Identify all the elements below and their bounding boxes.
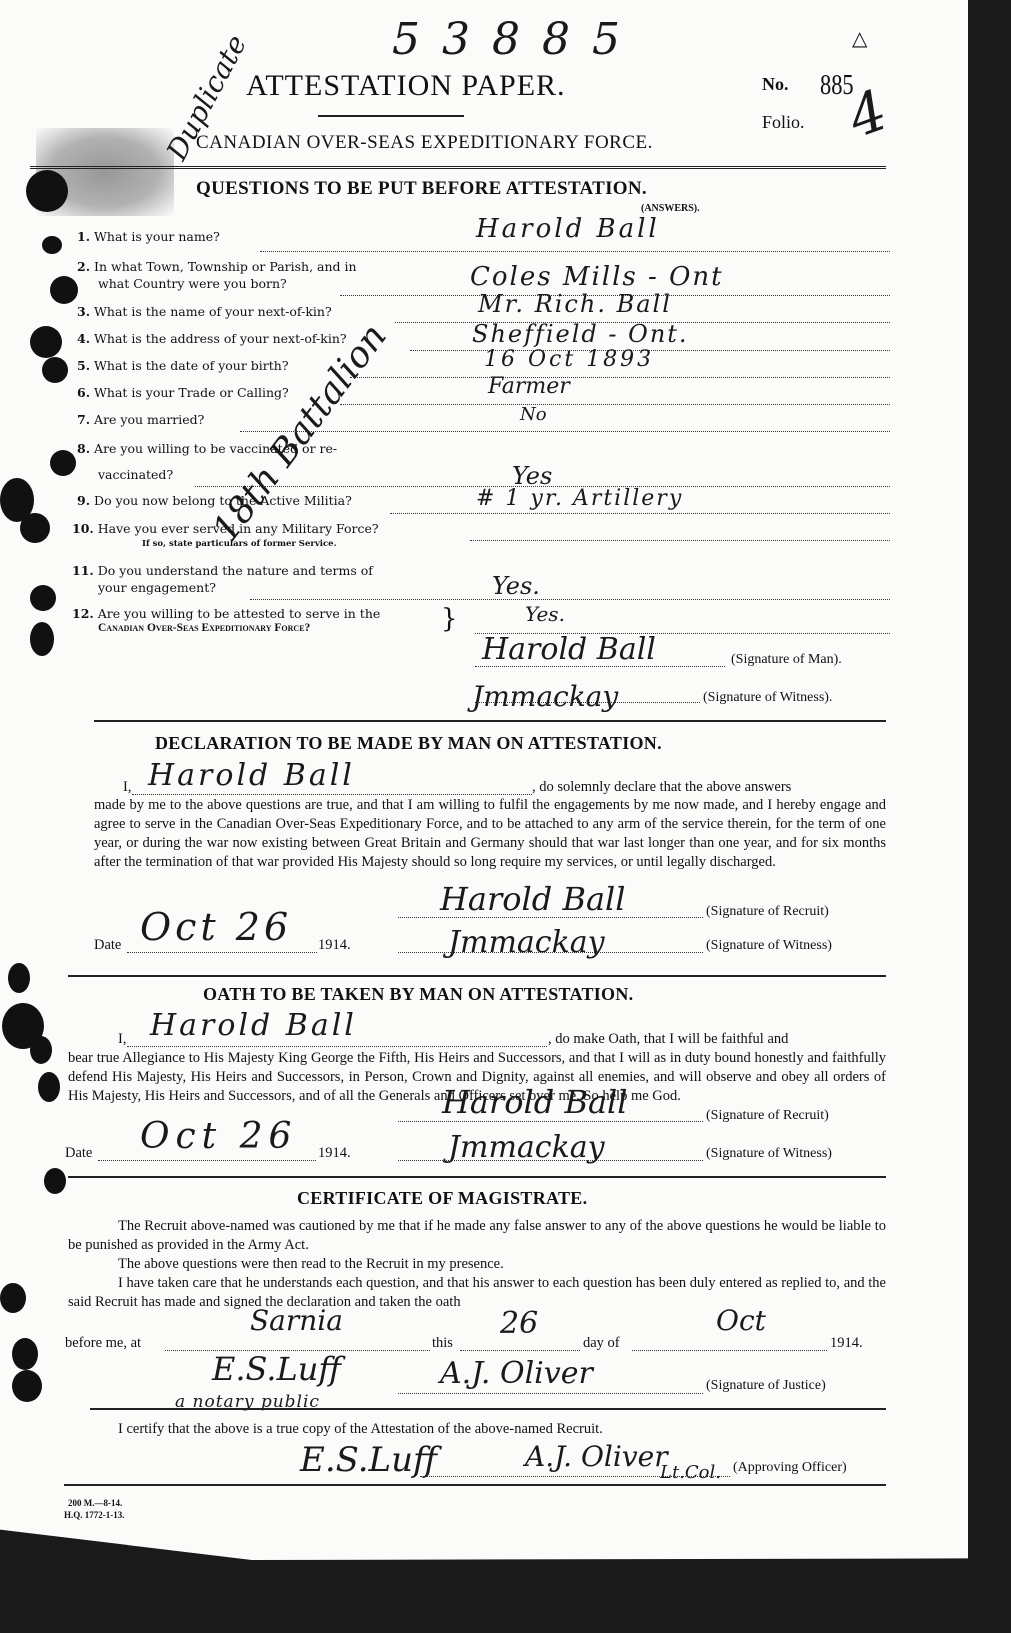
declaration-date-label: Date (94, 936, 121, 955)
punch-hole (30, 622, 54, 656)
certificate-para1: The Recruit above-named was cautioned by… (68, 1217, 886, 1255)
question-8-line2: vaccinated? (98, 467, 173, 482)
punch-hole (38, 1072, 60, 1102)
regimental-number: 53885 (392, 14, 642, 65)
answer-7: No (520, 404, 547, 425)
question-1: 1. What is your name? (77, 229, 220, 244)
attestation-day: 26 (500, 1306, 538, 1341)
day-line (460, 1350, 580, 1351)
before-me-label: before me, at (65, 1334, 141, 1353)
punch-hole (50, 450, 76, 476)
question-9: 9. Do you now belong to the Active Milit… (77, 493, 352, 508)
question-2-line2: what Country were you born? (98, 276, 287, 291)
punch-hole (50, 276, 78, 304)
declaration-heading: DECLARATION TO BE MADE BY MAN ON ATTESTA… (155, 733, 662, 754)
section-rule (68, 975, 886, 977)
question-4: 4. What is the address of your next-of-k… (77, 331, 347, 346)
corner-mark: △ (852, 26, 867, 50)
oath-date-label: Date (65, 1144, 92, 1163)
declaration-sig-witness: Jmmackay (448, 925, 605, 960)
signature-line (398, 917, 703, 918)
question-6: 6. What is your Trade or Calling? (77, 385, 289, 400)
signature-of-man-label: (Signature of Man). (731, 652, 842, 668)
declaration-body: made by me to the above questions are tr… (94, 796, 886, 872)
punch-hole (0, 1283, 26, 1313)
document-title: ATTESTATION PAPER. (246, 69, 566, 103)
month-line (632, 1350, 827, 1351)
day-of-label: day of (583, 1334, 620, 1353)
section-rule (64, 1484, 886, 1486)
answer-9: # 1 yr. Artillery (476, 486, 683, 511)
answer-6: Farmer (488, 374, 570, 399)
question-7: 7. Are you married? (77, 412, 204, 427)
folio-label: Folio. (762, 112, 805, 133)
signature-of-witness-1: Jmmackay (472, 680, 618, 713)
brace: } (441, 604, 458, 634)
declaration-prefix: I, (123, 778, 131, 797)
signature-line (398, 952, 703, 953)
signature-line (475, 666, 725, 667)
question-3: 3. What is the name of your next-of-kin? (77, 304, 332, 319)
punch-hole (42, 357, 68, 383)
justice-label: (Signature of Justice) (706, 1378, 826, 1394)
attestation-paper: Duplicate 53885 ATTESTATION PAPER. CANAD… (0, 0, 968, 1600)
document-subtitle: CANADIAN OVER-SEAS EXPEDITIONARY FORCE. (196, 132, 653, 154)
header-rule (30, 166, 886, 172)
certificate-para2: The above questions were then read to th… (118, 1255, 504, 1274)
oath-date: Oct 26 (140, 1116, 297, 1157)
punch-hole (30, 585, 56, 611)
punch-hole (20, 513, 50, 543)
answer-line (340, 404, 890, 405)
signature-line (398, 1121, 703, 1122)
section-rule (90, 1408, 886, 1410)
oath-line1: , do make Oath, that I will be faithful … (548, 1030, 788, 1049)
oath-prefix: I, (118, 1030, 126, 1049)
answer-12: Yes. (525, 602, 565, 626)
punch-hole (26, 170, 68, 212)
signature-of-man: Harold Ball (482, 632, 656, 667)
punch-hole (44, 1168, 66, 1194)
answer-4: Sheffield - Ont. (472, 320, 689, 348)
declaration-sig-recruit-label: (Signature of Recruit) (706, 904, 829, 920)
answer-line (240, 431, 890, 432)
folio-value: 4 (840, 78, 896, 151)
punch-hole (12, 1338, 38, 1370)
attestation-month: Oct (716, 1304, 766, 1337)
officer-sig-left: E.S.Luff (300, 1440, 437, 1480)
justice-signature: A.J. Oliver (440, 1356, 593, 1391)
declaration-date: Oct 26 (140, 905, 292, 949)
punch-hole (30, 1036, 52, 1064)
question-2: 2. In what Town, Township or Parish, and… (77, 259, 357, 274)
officer-label: (Approving Officer) (733, 1460, 847, 1476)
punch-hole (30, 326, 62, 358)
oath-sig-recruit-label: (Signature of Recruit) (706, 1108, 829, 1124)
name-line (132, 794, 532, 795)
answer-2: Coles Mills - Ont (470, 262, 724, 292)
section-rule (94, 720, 886, 722)
signature-line (398, 1393, 703, 1394)
question-8: 8. Are you willing to be vaccinated or r… (77, 441, 337, 456)
punch-hole (8, 963, 30, 993)
signature-line (475, 702, 700, 703)
question-11: 11. Do you understand the nature and ter… (72, 563, 373, 578)
answer-line (390, 513, 890, 514)
answers-label: (ANSWERS). (641, 203, 700, 214)
answer-5: 16 Oct 1893 (484, 347, 654, 372)
question-12-line2: Canadian Over-Seas Expeditionary Force? (98, 622, 310, 634)
oath-sig-witness-label: (Signature of Witness) (706, 1146, 832, 1162)
signature-of-witness-label-1: (Signature of Witness). (703, 690, 832, 706)
declaration-sig-recruit: Harold Ball (440, 880, 626, 918)
signature-line (420, 1476, 730, 1477)
officer-suffix: Lt.Col. (660, 1462, 721, 1483)
date-line (127, 952, 317, 953)
this-label: this (432, 1334, 453, 1353)
date-line (98, 1160, 316, 1161)
answer-line (260, 251, 890, 252)
print-code-2: H.Q. 1772-1-13. (64, 1510, 125, 1520)
oath-year: 1914. (318, 1144, 351, 1163)
question-12: 12. Are you willing to be attested to se… (72, 606, 380, 621)
punch-hole (42, 236, 62, 254)
declaration-name: Harold Ball (148, 758, 355, 793)
oath-heading: OATH TO BE TAKEN BY MAN ON ATTESTATION. (203, 984, 633, 1005)
number-label: No. (762, 74, 789, 95)
certificate-heading: CERTIFICATE OF MAGISTRATE. (297, 1188, 587, 1209)
question-5: 5. What is the date of your birth? (77, 358, 289, 373)
margin-note-battalion: 18th Battalion (205, 316, 395, 549)
certify-text: I certify that the above is a true copy … (118, 1420, 603, 1439)
question-10-note: If so, state particulars of former Servi… (142, 539, 337, 549)
declaration-sig-witness-label: (Signature of Witness) (706, 938, 832, 954)
answer-11: Yes. (492, 572, 540, 600)
title-underline (318, 115, 464, 117)
place-of-attestation: Sarnia (250, 1304, 343, 1337)
question-10: 10. Have you ever served in any Military… (72, 521, 379, 536)
name-line (127, 1046, 547, 1047)
punch-hole (12, 1370, 42, 1402)
answer-3: Mr. Rich. Ball (478, 290, 672, 318)
questions-heading: QUESTIONS TO BE PUT BEFORE ATTESTATION. (196, 178, 647, 200)
declaration-year: 1914. (318, 936, 351, 955)
attestation-year: 1914. (830, 1334, 863, 1353)
question-11-line2: your engagement? (98, 580, 216, 595)
answer-line (250, 599, 890, 600)
signature-line (398, 1160, 703, 1161)
answer-1: Harold Ball (476, 214, 660, 244)
officer-signature: A.J. Oliver (525, 1440, 668, 1473)
oath-sig-recruit: Harold Ball (442, 1083, 628, 1121)
oath-name: Harold Ball (150, 1008, 357, 1043)
declaration-line1: , do solemnly declare that the above ans… (532, 778, 791, 797)
answer-line (350, 377, 890, 378)
print-code-1: 200 M.—8-14. (68, 1498, 122, 1508)
section-rule (68, 1176, 886, 1178)
answer-line (470, 540, 890, 541)
justice-sig-left: E.S.Luff (212, 1350, 341, 1388)
